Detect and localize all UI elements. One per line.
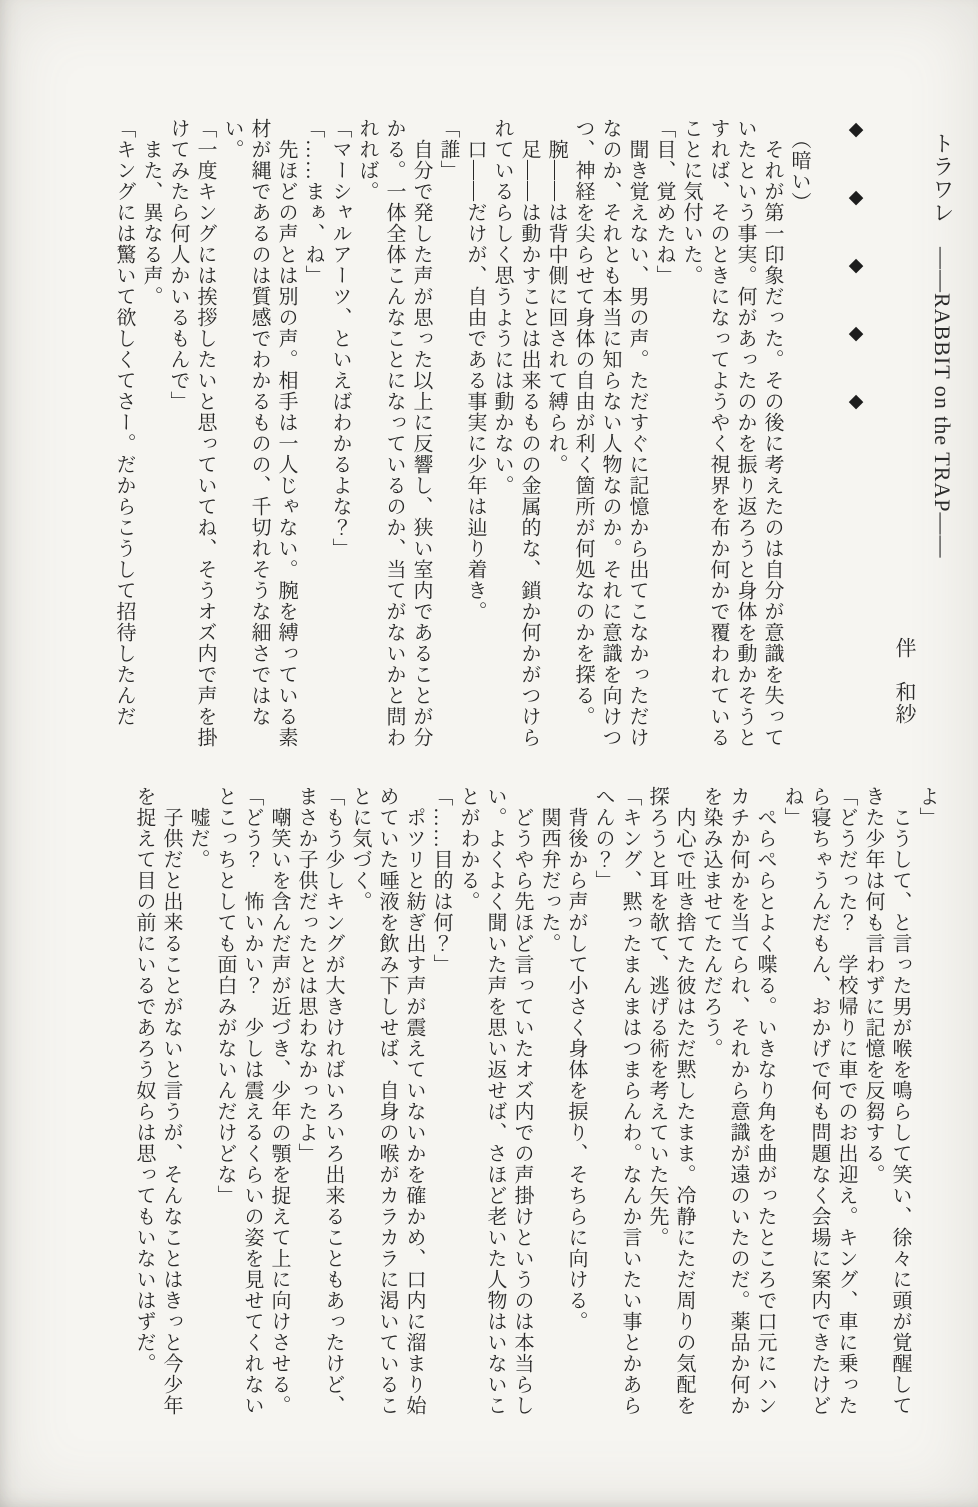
paragraph: 子供だと出来ることがないと言うが、そんなことはきっと今少年を捉えて目の前にいるで… — [130, 786, 184, 1422]
paragraph: こうして、と言った男が喉を鳴らして笑い、徐々に頭が覚醒してきた少年は何も言わずに… — [859, 786, 913, 1422]
paragraph: また、異なる声。 — [137, 118, 164, 752]
page-title: トラワレ ――RABBIT on the TRAP―― — [926, 132, 958, 782]
paragraph: 嘲笑いを含んだ声が近づき、少年の顎を捉えて上に向けさせる。 — [265, 786, 292, 1422]
text-block-bottom: よ」 こうして、と言った男が喉を鳴らして笑い、徐々に頭が覚醒してきた少年は何も言… — [120, 786, 940, 1422]
paragraph: 「どう？ 怖いかい？ 少しは震えるくらいの姿を見せてくれないとこっちとしても面白… — [211, 786, 265, 1422]
paragraph: 「もう少しキングが大きければいろいろ出来ることもあったけど、まさか子供だったとは… — [292, 786, 346, 1422]
paragraph: ポツリと紡ぎ出す声が震えていないかを確かめ、口内に溜まり始めていた唾液を飲み下し… — [346, 786, 427, 1422]
paragraph: 先ほどの声とは別の声。相手は一人じゃない。腕を縛っている素材が縄であるのは質感で… — [218, 118, 299, 752]
paragraph: 「キングには驚いて欲しくてさー。だからこうして招待したんだ — [110, 118, 137, 752]
paragraph: 「……まぁ、ね」 — [299, 118, 326, 752]
paragraph: よ」 — [913, 786, 940, 1422]
diamond-divider-icons: ◆◆◆◆◆ — [844, 118, 866, 458]
paragraph: 内心で吐き捨てた彼はただ黙したまま。冷静にただ周りの気配を探ろうと耳を欹て、逃げ… — [643, 786, 697, 1422]
paragraph: ぺらぺらとよく喋る。いきなり角を曲がったところで口元にハンカチか何かを当てられ、… — [697, 786, 778, 1422]
paragraph: 自分で発した声が思った以上に反響し、狭い室内であることが分かる。一体全体こんなこ… — [353, 118, 434, 752]
paragraph: 「誰」 — [434, 118, 461, 752]
text-block-top: （暗い） それが第一印象だった。その後に考えたのは自分が意識を失っていたという事… — [134, 118, 812, 752]
paragraph: 腕――は背中側に回されて縛られ。 — [542, 118, 569, 752]
author-name: 伴 和紗 — [890, 132, 920, 782]
novel-page: トラワレ ――RABBIT on the TRAP―― 伴 和紗 ◆◆◆◆◆ （… — [0, 0, 978, 1507]
paragraph: 「どうだった？ 学校帰りに車でのお出迎え。キング、車に乗ったら寝ちゃうんだもん、… — [778, 786, 859, 1422]
paragraph: 「マーシャルアーツ、といえばわかるよな？」 — [326, 118, 353, 752]
paragraph: 背後から声がして小さく身体を捩り、そちらに向ける。 — [562, 786, 589, 1422]
title-block: トラワレ ――RABBIT on the TRAP―― 伴 和紗 — [890, 132, 958, 782]
paragraph: 足――は動かすことは出来るものの金属的な、鎖か何かがつけられているらしく思うよう… — [488, 118, 542, 752]
paragraph: どうやら先ほど言っていたオズ内での声掛けというのは本当らしい。よくよく聞いた声を… — [454, 786, 535, 1422]
paragraph: それが第一印象だった。その後に考えたのは自分が意識を失っていたという事実。何があ… — [677, 118, 785, 752]
paragraph: 「……目的は何？」 — [427, 786, 454, 1422]
paragraph: 「キング、黙ったまんまはつまらんわ。なんか言いたい事とかあらへんの？」 — [589, 786, 643, 1422]
paragraph: 聞き覚えない、男の声。ただすぐに記憶から出てこなかっただけなのか、それとも本当に… — [569, 118, 650, 752]
paragraph: 嘘だ。 — [184, 786, 211, 1422]
paragraph: 口――だけが、自由である事実に少年は辿り着き。 — [461, 118, 488, 752]
paragraph: 「一度キングには挨拶したいと思っていてね、そうオズ内で声を掛けてみたら何人かいる… — [164, 118, 218, 752]
paragraph: 「目、覚めたね」 — [650, 118, 677, 752]
paragraph: （暗い） — [785, 118, 812, 752]
paragraph: 関西弁だった。 — [535, 786, 562, 1422]
